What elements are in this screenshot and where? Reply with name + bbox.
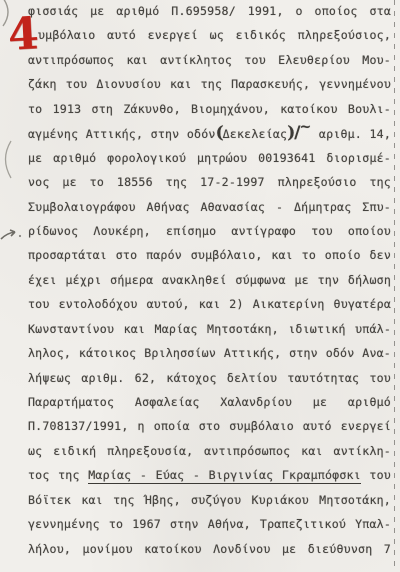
margin-paren-mid-icon bbox=[6, 141, 12, 178]
text-line: νος με το 18556 της 17-2-1997 πληρεξούσι… bbox=[28, 173, 391, 197]
text-segment: αγμένης Αττικής, στην οδόν bbox=[28, 127, 216, 141]
text-line: λήψεως αριθμ. 62, κάτοχος δελτίου ταυτότ… bbox=[28, 369, 391, 393]
text-line: ληλος, κάτοικος Βριλησσίων Αττικής, στην… bbox=[28, 344, 391, 368]
text-segment: του bbox=[361, 468, 391, 482]
page-number-marker: 4 bbox=[7, 12, 40, 58]
text-line: γεννημένης το 1967 στην Αθήνα, Τραπεζιτι… bbox=[28, 515, 391, 539]
text-line: με αριθμό φορολογικού μητρώου 00193641 δ… bbox=[28, 149, 391, 173]
tilde-mark: ~ bbox=[300, 119, 312, 135]
text-block: φισσιάς με αριθμό Π.695958/ 1991, ο οποί… bbox=[28, 2, 391, 564]
text-segment: λήψεως αριθμ. 62, κάτοχος δελτίου ταυτότ… bbox=[28, 371, 391, 385]
text-segment: αριθμ. 14, bbox=[311, 127, 391, 141]
text-line: Π.708137/1991, η οποία στο συμβόλαιο αυτ… bbox=[28, 417, 391, 441]
text-segment: Παραρτήματος Ασφαλείας Χαλανδρίου με αρι… bbox=[28, 395, 391, 409]
margin-dot bbox=[19, 235, 21, 237]
text-line: το 1913 στη Ζάκυνθο, Βιομηχάνου, κατοίκο… bbox=[28, 100, 391, 124]
text-line: Παραρτήματος Ασφαλείας Χαλανδρίου με αρι… bbox=[28, 393, 391, 417]
text-segment: λήλου, μονίμου κατοίκου Λονδίνου με διεύ… bbox=[28, 542, 391, 556]
text-segment: ρίδωνος Λουκέρη, επίσημο αντίγραφο του ο… bbox=[28, 224, 391, 238]
text-line: έχει μέχρι σήμερα ανακληθεί σύμφωνα με τ… bbox=[28, 271, 391, 295]
text-line: προσαρτάται στο παρόν συμβόλαιο, και το … bbox=[28, 246, 391, 270]
text-segment: του εντολοδόχου αυτού, και 2) Αικατερίνη… bbox=[28, 297, 391, 311]
underlined-text: Μαρίας - Εύας - Βιργινίας Γκραμπόφσκι bbox=[88, 468, 361, 484]
text-line: ως ειδική πληρεξουσία, αντιπρόσωπος και … bbox=[28, 442, 391, 466]
text-segment: με αριθμό φορολογικού μητρώου 00193641 δ… bbox=[28, 151, 391, 165]
margin-arrow-icon bbox=[1, 230, 15, 239]
text-segment: ως ειδική πληρεξουσία, αντιπρόσωπος και … bbox=[28, 444, 391, 458]
text-line: υμβόλαιο αυτό ενεργεί ως ειδικός πληρεξο… bbox=[28, 26, 391, 50]
text-segment: Π.708137/1991, η οποία στο συμβόλαιο αυτ… bbox=[28, 419, 391, 433]
text-line: αντιπρόσωπος και αντίκλητος του Ελευθερί… bbox=[28, 51, 391, 75]
text-segment: υμβόλαιο αυτό ενεργεί ως ειδικός πληρεξο… bbox=[38, 28, 391, 42]
text-line: Συμβολαιογράφου Αθήνας Αθανασίας - Δήμητ… bbox=[28, 198, 391, 222]
text-segment: έχει μέχρι σήμερα ανακληθεί σύμφωνα με τ… bbox=[28, 273, 391, 287]
text-line: του εντολοδόχου αυτού, και 2) Αικατερίνη… bbox=[28, 295, 391, 319]
text-segment: ζάκη του Διονυσίου και της Παρασκευής, γ… bbox=[28, 77, 391, 91]
text-line: ρίδωνος Λουκέρη, επίσημο αντίγραφο του ο… bbox=[28, 222, 391, 246]
text-segment: Κωνσταντίνου και Μαρίας Μητσοτάκη, ιδιωτ… bbox=[28, 322, 391, 336]
text-line: τος της Μαρίας - Εύας - Βιργινίας Γκραμπ… bbox=[28, 466, 391, 490]
text-segment: νος με το 18556 της 17-2-1997 πληρεξούσι… bbox=[28, 175, 391, 189]
handwritten-paren: )/ bbox=[287, 123, 299, 143]
text-line: αγμένης Αττικής, στην οδόν(Δεκελείας)/~ … bbox=[28, 124, 391, 148]
handwritten-paren: ( bbox=[216, 123, 223, 143]
text-segment: Συμβολαιογράφου Αθήνας Αθανασίας - Δήμητ… bbox=[28, 200, 391, 214]
text-segment: φισσιάς με αριθμό Π.695958/ 1991, ο οποί… bbox=[28, 4, 391, 18]
text-line: Βόϊτεκ και της Ήβης, συζύγου Κυριάκου Μη… bbox=[28, 491, 391, 515]
text-segment: ληλος, κάτοικος Βριλησσίων Αττικής, στην… bbox=[28, 346, 391, 360]
text-segment: προσαρτάται στο παρόν συμβόλαιο, και το … bbox=[28, 248, 391, 262]
text-line: φισσιάς με αριθμό Π.695958/ 1991, ο οποί… bbox=[28, 2, 391, 26]
text-segment: γεννημένης το 1967 στην Αθήνα, Τραπεζιτι… bbox=[28, 517, 391, 531]
text-segment: το 1913 στη Ζάκυνθο, Βιομηχάνου, κατοίκο… bbox=[28, 102, 391, 116]
text-line: Κωνσταντίνου και Μαρίας Μητσοτάκη, ιδιωτ… bbox=[28, 320, 391, 344]
text-line: λήλου, μονίμου κατοίκου Λονδίνου με διεύ… bbox=[28, 540, 391, 564]
text-segment: τος της bbox=[28, 468, 88, 482]
scan-edge-dashed-line bbox=[394, 0, 395, 572]
scanned-page: φισσιάς με αριθμό Π.695958/ 1991, ο οποί… bbox=[0, 0, 400, 572]
text-segment: Δεκελείας bbox=[223, 127, 288, 141]
text-segment: Βόϊτεκ και της Ήβης, συζύγου Κυριάκου Μη… bbox=[28, 493, 391, 507]
text-line: ζάκη του Διονυσίου και της Παρασκευής, γ… bbox=[28, 75, 391, 99]
margin-marks bbox=[0, 0, 24, 572]
text-segment: αντιπρόσωπος και αντίκλητος του Ελευθερί… bbox=[28, 53, 391, 67]
